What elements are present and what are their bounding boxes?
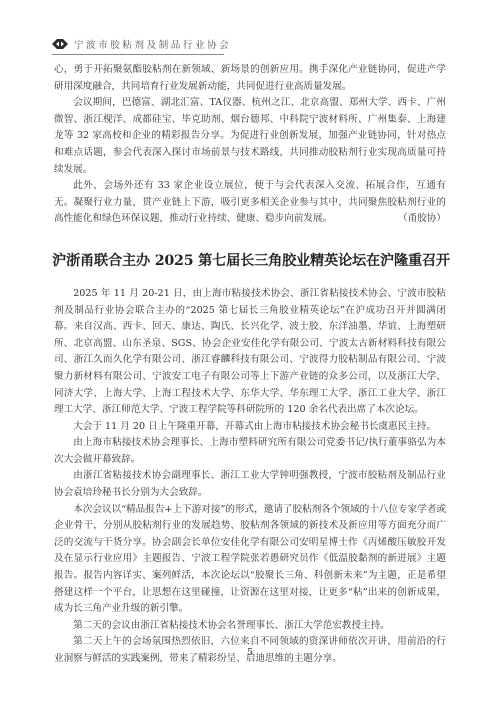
article-body: 2025 年 11 月 20-21 日，由上海市粘接技术协会、浙江省粘接技术协会… bbox=[54, 286, 446, 668]
paragraph: 本次会议以“精品报告+上下游对接”的形式，邀请了胶粘剂各个领域的十八位专家学者或… bbox=[54, 502, 446, 618]
paragraph: 由浙江省粘接技术协会副理事长、浙江工业大学钟明强教授，宁波市胶粘剂及制品行业协会… bbox=[54, 468, 446, 501]
paragraph: 此外，会场外还有 33 家企业设立展位，便于与会代表深入交流、拓展合作，互通有无… bbox=[54, 178, 446, 228]
page-number: 5 bbox=[0, 647, 500, 658]
header-title: 宁波市胶粘剂及制品行业协会 bbox=[74, 37, 231, 51]
paragraph: 心，勇于开拓聚氨酯胶粘剂在新领域、新场景的创新应用。携手深化产业链协同，促进产学… bbox=[54, 62, 446, 95]
paragraph: 第二天的会议由浙江省粘接技术协会名誉理事长、浙江大学范宏教授主持。 bbox=[54, 618, 446, 635]
paragraph: 2025 年 11 月 20-21 日，由上海市粘接技术协会、浙江省粘接技术协会… bbox=[54, 286, 446, 419]
article-source: （甬胶协） bbox=[379, 211, 446, 228]
page-header: 宁波市胶粘剂及制品行业协会 bbox=[52, 36, 224, 55]
paragraph: 由上海市粘接技术协会理事长、上海市塑料研究所有限公司党委书记/执行董事骆弘为本次… bbox=[54, 435, 446, 468]
page-content: 心，勇于开拓聚氨酯胶粘剂在新领域、新场景的创新应用。携手深化产业链协同，促进产学… bbox=[54, 62, 446, 668]
previous-article-continuation: 心，勇于开拓聚氨酯胶粘剂在新领域、新场景的创新应用。携手深化产业链协同，促进产学… bbox=[54, 62, 446, 228]
paragraph: 大会于 11 月 20 日上午隆重开幕，开幕式由上海市粘接技术协会秘书长虞惠民主… bbox=[54, 419, 446, 436]
article-title: 沪浙甬联合主办 2025 第七届长三角胶业精英论坛在沪隆重召开 bbox=[46, 250, 456, 270]
paragraph: 会议期间，巴德富、湖北汇富、TA仪器、杭州之江、北京高盟、郑州大学、西卡、广州微… bbox=[54, 95, 446, 178]
association-logo-icon bbox=[52, 39, 68, 49]
